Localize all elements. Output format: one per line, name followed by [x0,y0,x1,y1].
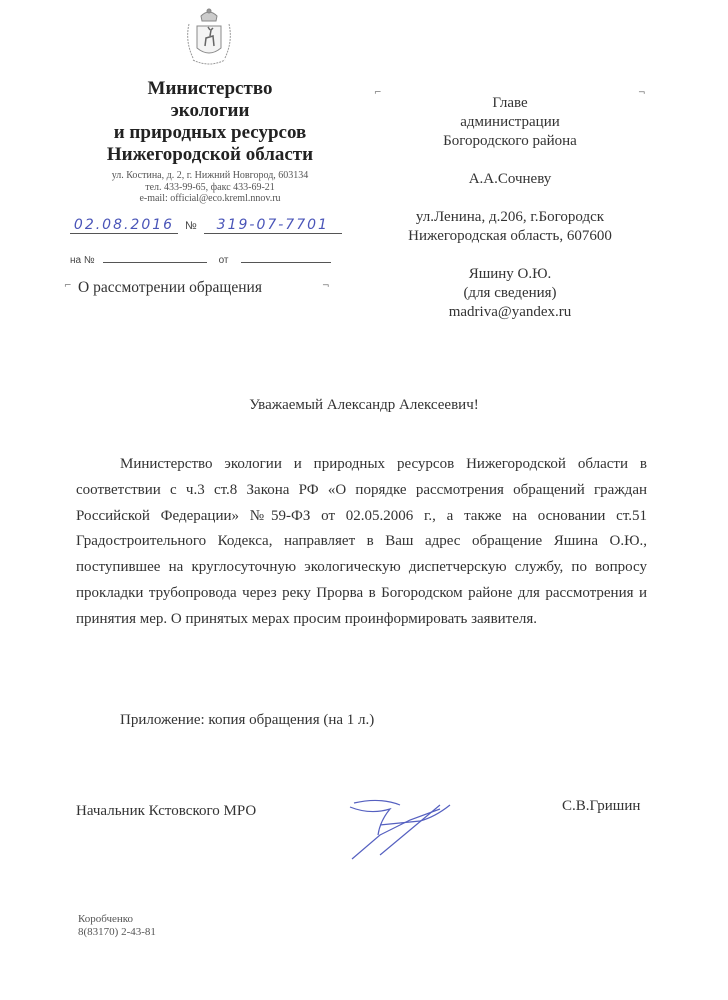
addressee-line: администрации [375,113,645,132]
coat-of-arms-icon [183,6,235,72]
body-paragraph: Министерство экологии и природных ресурс… [76,452,647,633]
greeting: Уважаемый Александр Алексеевич! [0,397,728,414]
cc-name: Яшину О.Ю. [375,265,645,284]
addressee-region: Нижегородская область, 607600 [375,227,645,246]
executor-name: Коробченко [78,913,156,926]
org-address: ул. Костина, д. 2, г. Нижний Новгород, 6… [70,170,350,182]
org-line: и природных ресурсов [70,122,350,144]
subject: О рассмотрении обращения [78,279,262,297]
registration-line: 02.08.2016 № 319-07-7701 [70,216,342,234]
addressee-street: ул.Ленина, д.206, г.Богородск [375,208,645,227]
registration-date: 02.08.2016 [70,217,178,234]
executor-phone: 8(83170) 2-43-81 [78,926,156,939]
addressee-block: Главе администрации Богородского района … [375,94,645,322]
corner-mark-icon: ⌐ [64,281,72,291]
registration-number: 319-07-7701 [204,217,342,234]
ref-number-field [103,252,207,263]
attachment-note: Приложение: копия обращения (на 1 л.) [120,712,374,729]
cc-email: madriva@yandex.ru [375,303,645,322]
ref-from-label: от [219,255,229,266]
executor-info: Коробченко 8(83170) 2-43-81 [78,913,156,939]
signer-position: Начальник Кстовского МРО [76,803,256,820]
org-contacts: ул. Костина, д. 2, г. Нижний Новгород, 6… [70,170,350,205]
org-line: экологии [70,100,350,122]
handwritten-signature-icon [340,795,480,865]
addressee-name: А.А.Сочневу [375,170,645,189]
org-phone: тел. 433-99-65, факс 433-69-21 [70,182,350,194]
ref-number-label: на № [70,255,95,266]
reference-line: на № от [70,250,331,268]
addressee-line: Богородского района [375,132,645,151]
org-email: e-mail: official@eco.kreml.nnov.ru [70,193,350,205]
cc-note: (для сведения) [375,284,645,303]
org-line: Министерство [70,78,350,100]
addressee-line: Главе [375,94,645,113]
number-label: № [185,220,197,232]
letter-body: Министерство экологии и природных ресурс… [76,452,647,633]
signer-name: С.В.Гришин [562,798,640,815]
ref-date-field [241,252,331,263]
organization-name: Министерство экологии и природных ресурс… [70,78,350,166]
corner-mark-icon: ¬ [322,281,330,291]
org-line: Нижегородской области [70,144,350,166]
